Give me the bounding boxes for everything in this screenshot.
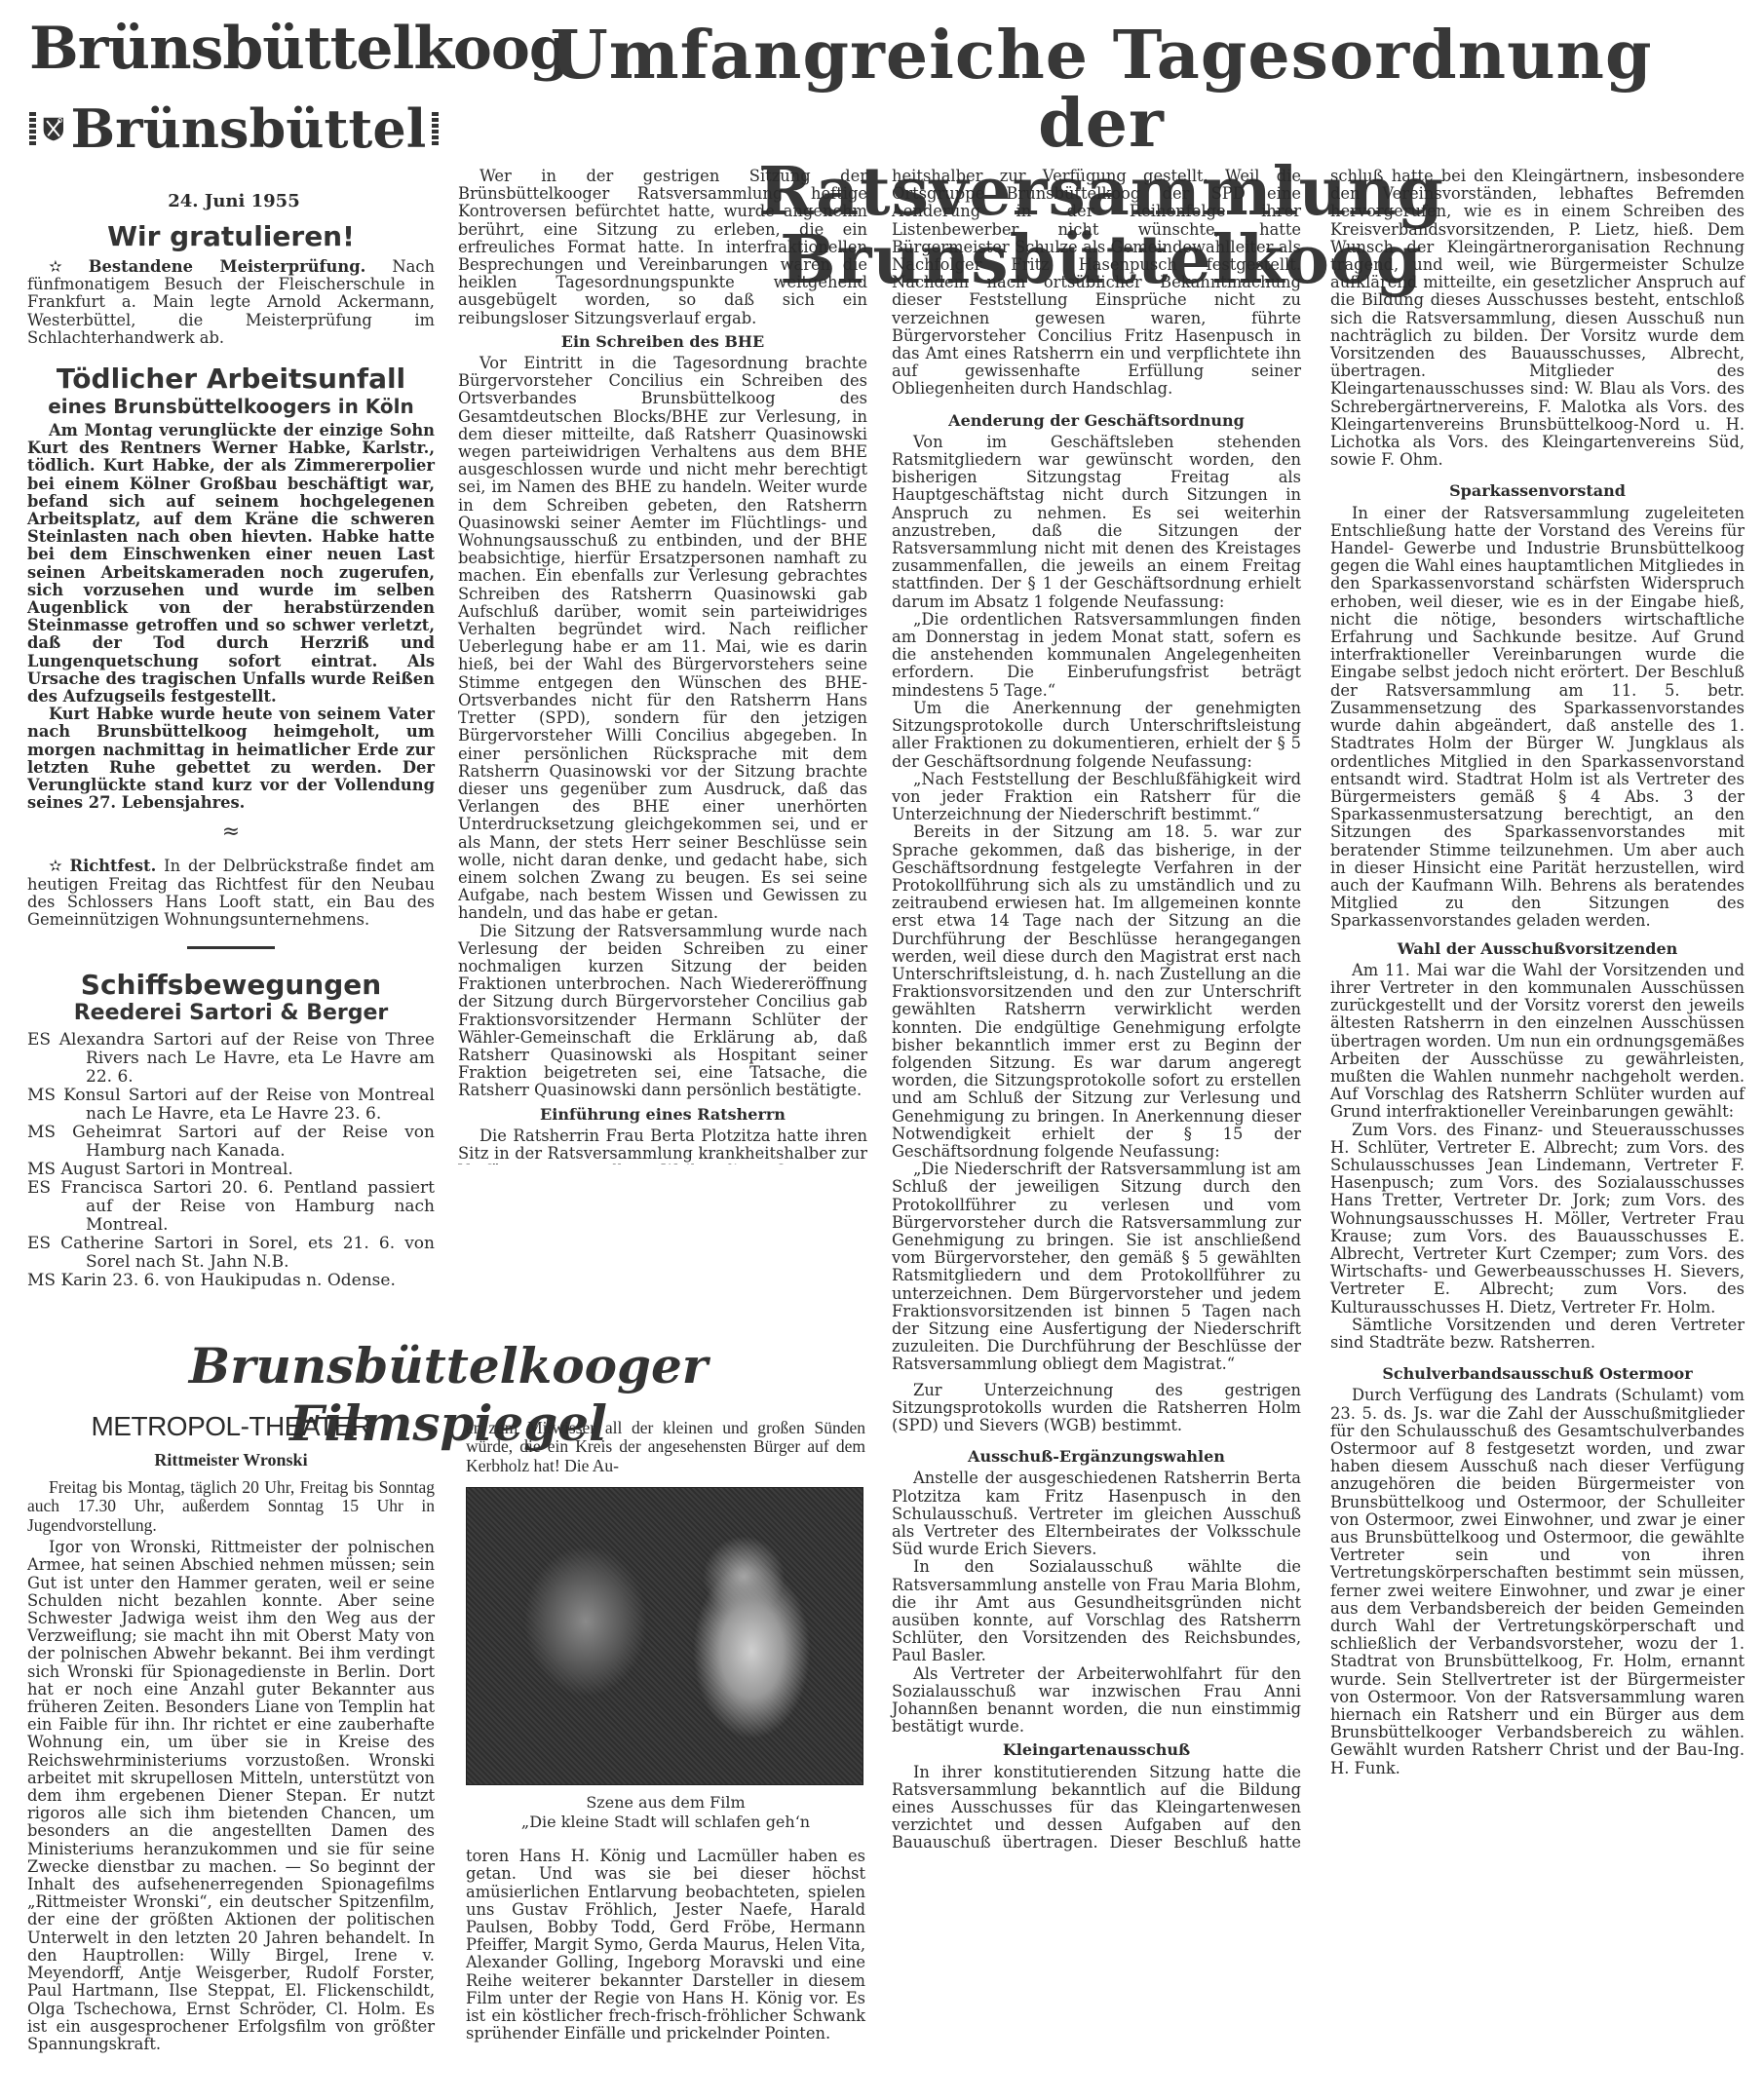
article-paragraph: In ihrer konstitutierenden Sitzung hatte… <box>892 1764 1301 1853</box>
section-title-bhe: Ein Schreiben des BHE <box>458 333 867 351</box>
article-paragraph: In einer der Ratsversammlung zugeleitete… <box>1330 505 1745 931</box>
congrats-title: Wir gratulieren! <box>27 220 435 252</box>
film-text-bottom: toren Hans H. König und Lacmüller haben … <box>466 1848 865 2043</box>
congrats-lead: Bestandene Meisterprüfung. <box>89 257 365 276</box>
ship-item: MS August Sartori in Montreal. <box>27 1161 435 1179</box>
article-paragraph: Vor Eintritt in die Tagesordnung brachte… <box>458 355 867 923</box>
ship-item: MS Karin 23. 6. von Haukipudas n. Odense… <box>27 1272 435 1290</box>
banner-left-icon <box>29 112 36 145</box>
ship-list: ES Alexandra Sartori auf der Reise von T… <box>27 1031 435 1290</box>
photo-caption-line1: Szene aus dem Film <box>466 1793 865 1813</box>
ships-subtitle: Reederei Sartori & Berger <box>27 1001 435 1025</box>
film-column-2: er zum Mitwisser all der kleinen und gro… <box>466 1419 865 2043</box>
article-paragraph: Anstelle der ausgeschiedenen Ratsherrin … <box>892 1470 1301 1558</box>
ships-title: Schiffsbewegungen <box>27 969 435 1001</box>
article-paragraph: Sämtliche Vorsitzenden und deren Vertret… <box>1330 1317 1745 1352</box>
accident-title: Tödlicher Arbeitsunfall <box>27 363 435 395</box>
masthead-line2: Brünsbüttel <box>70 99 426 158</box>
accident-paragraph-1: Am Montag verunglückte der einzige Sohn … <box>27 422 435 706</box>
film-photo <box>466 1487 863 1785</box>
article-paragraph: Am 11. Mai war die Wahl der Vorsitzenden… <box>1330 962 1745 1122</box>
article-quote: „Die Niederschrift der Ratsversammlung i… <box>892 1161 1301 1373</box>
article-paragraph: Von im Geschäftsleben stehenden Ratsmitg… <box>892 434 1301 611</box>
article-continuation: schluß hatte bei den Kleingärtnern, insb… <box>1330 168 1745 469</box>
accident-paragraph-2: Kurt Habke wurde heute von seinem Vater … <box>27 706 435 812</box>
section-title-ergaenzungswahlen: Ausschuß-Ergänzungswahlen <box>892 1448 1301 1466</box>
coat-of-arms-icon <box>42 84 65 173</box>
film-column-1: METROPOL-THEATER Rittmeister Wronski Fre… <box>27 1411 435 2053</box>
article-paragraph: Bereits in der Sitzung am 18. 5. war zur… <box>892 823 1301 1161</box>
article-column-4: schluß hatte bei den Kleingärtnern, insb… <box>1330 168 1745 1777</box>
section-title-ausschussvorsitzende: Wahl der Ausschußvorsitzenden <box>1330 940 1745 958</box>
ship-item: ES Alexandra Sartori auf der Reise von T… <box>27 1031 435 1087</box>
masthead-line1: Brünsbüttelkoog <box>29 18 439 80</box>
article-quote: „Die ordentlichen Ratsversammlungen find… <box>892 611 1301 700</box>
theater-name: METROPOL-THEATER <box>27 1411 435 1442</box>
article-column-3: heitshalber zur Verfügung gestellt. Weil… <box>892 168 1301 1853</box>
ship-item: MS Geheimrat Sartori auf der Reise von H… <box>27 1124 435 1161</box>
ship-item: ES Catherine Sartori in Sorel, ets 21. 6… <box>27 1235 435 1272</box>
photo-caption: Szene aus dem Film „Die kleine Stadt wil… <box>466 1793 865 1832</box>
section-title-sparkasse: Sparkassenvorstand <box>1330 482 1745 500</box>
richtfest-lead: Richtfest. <box>70 857 157 875</box>
article-continuation: heitshalber zur Verfügung gestellt. Weil… <box>892 168 1301 399</box>
article-paragraph: Durch Verfügung des Landrats (Schulamt) … <box>1330 1387 1745 1776</box>
ship-item: ES Francisca Sartori 20. 6. Pentland pas… <box>27 1179 435 1235</box>
article-paragraph: Zum Vors. des Finanz- und Steuerausschus… <box>1330 1122 1745 1317</box>
article-column-2: Wer in der gestrigen Sitzung der Brünsbü… <box>458 168 867 1165</box>
section-title-kleingarten: Kleingartenausschuß <box>892 1741 1301 1759</box>
star-icon: ✫ <box>49 257 62 276</box>
left-column: Wir gratulieren! ✫ Bestandene Meisterprü… <box>27 216 435 1290</box>
star-icon: ✫ <box>49 857 62 875</box>
headline-line1: Umfangreiche Tagesordnung der <box>487 21 1715 158</box>
section-title-einfuehrung: Einführung eines Ratsherrn <box>458 1106 867 1124</box>
movie-title: Rittmeister Wronski <box>27 1450 435 1470</box>
article-paragraph: Die Ratsherrin Frau Berta Plotzitza hatt… <box>458 1127 867 1165</box>
masthead: Brünsbüttelkoog Brünsbüttel <box>29 18 439 193</box>
banner-right-icon <box>432 112 439 145</box>
article-paragraph: Um die Anerkennung der genehmigten Sitzu… <box>892 700 1301 771</box>
article-paragraph: Als Vertreter der Arbeiterwohlfahrt für … <box>892 1665 1301 1737</box>
photo-caption-line2: „Die kleine Stadt will schlafen geh‘n <box>466 1813 865 1832</box>
ship-item: MS Konsul Sartori auf der Reise von Mont… <box>27 1087 435 1124</box>
section-title-schulverband: Schulverbandsausschuß Ostermoor <box>1330 1365 1745 1383</box>
accident-subtitle: eines Brunsbüttelkoogers in Köln <box>27 395 435 418</box>
movie-review: Igor von Wronski, Rittmeister der polnis… <box>27 1539 435 2053</box>
film-text-top: er zum Mitwisser all der kleinen und gro… <box>466 1419 865 1475</box>
showtimes: Freitag bis Montag, täglich 20 Uhr, Frei… <box>27 1478 435 1535</box>
article-paragraph: In den Sozialausschuß wählte die Ratsver… <box>892 1558 1301 1664</box>
article-intro: Wer in der gestrigen Sitzung der Brünsbü… <box>458 168 867 327</box>
issue-date: 24. Juni 1955 <box>29 191 439 211</box>
article-paragraph: Die Sitzung der Ratsversammlung wurde na… <box>458 923 867 1100</box>
section-title-geschaeftsordnung: Aenderung der Geschäftsordnung <box>892 412 1301 430</box>
section-divider <box>187 946 275 949</box>
article-quote: „Nach Feststellung der Beschlußfähigkeit… <box>892 771 1301 824</box>
wave-divider-icon: ≈ <box>27 820 435 844</box>
article-paragraph: Zur Unterzeichnung des gestrigen Sitzung… <box>892 1382 1301 1435</box>
